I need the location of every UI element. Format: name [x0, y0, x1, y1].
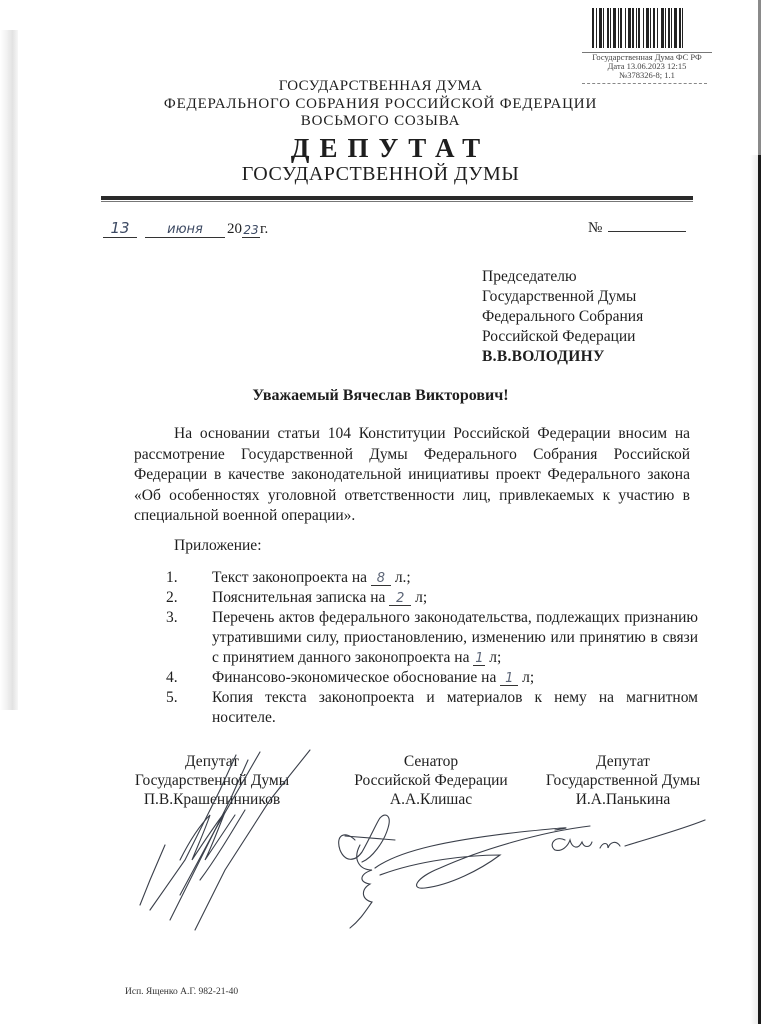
letterhead-line1: ГОСУДАРСТВЕННАЯ ДУМА: [0, 78, 761, 95]
list-item-number: 5.: [166, 688, 212, 728]
signer-name: П.В.Крашенинников: [112, 790, 312, 809]
signer-role: Сенатор: [336, 752, 526, 771]
list-item-text: Перечень актов федерального законодатель…: [212, 609, 698, 666]
date-year-mark: г.: [260, 221, 268, 238]
signer-role: Депутат: [112, 752, 312, 771]
number-label: №: [588, 220, 602, 236]
signer-pankina: Депутат Государственной Думы И.А.Панькин…: [528, 752, 718, 809]
letterhead-subtitle: ГОСУДАРСТВЕННОЙ ДУМЫ: [0, 163, 761, 186]
document-number: №: [588, 219, 686, 237]
list-item-text: Копия текста законопроекта и материалов …: [212, 688, 698, 728]
header-rule-thin: [101, 201, 693, 202]
executor-note: Исп. Ященко А.Г. 982-21-40: [125, 987, 238, 997]
addressee-block: Председателю Государственной Думы Федера…: [482, 267, 643, 367]
list-item-pages: 1: [473, 652, 485, 666]
date-month: июня: [145, 222, 225, 238]
signer-name: И.А.Панькина: [528, 790, 718, 809]
addressee-line2: Государственной Думы: [482, 287, 643, 307]
list-item-pages: 2: [389, 592, 411, 606]
list-item-suffix: л;: [522, 669, 534, 686]
signer-krasheninnikov: Депутат Государственной Думы П.В.Крашени…: [112, 752, 312, 809]
signer-body: Государственной Думы: [112, 771, 312, 790]
list-item-suffix: л.;: [395, 569, 411, 586]
list-item: 3. Перечень актов федерального законодат…: [166, 608, 698, 668]
salutation: Уважаемый Вячеслав Викторович!: [0, 387, 761, 405]
list-item: 1. Текст законопроекта на 8 л.;: [166, 568, 698, 588]
list-item-number: 4.: [166, 668, 212, 688]
list-item: 2. Пояснительная записка на 2 л;: [166, 588, 698, 608]
signature-klishas-icon: [339, 815, 590, 928]
addressee-name: В.В.ВОЛОДИНУ: [482, 347, 643, 367]
signer-klishas: Сенатор Российской Федерации А.А.Клишас: [336, 752, 526, 809]
signer-role: Депутат: [528, 752, 718, 771]
date-year-prefix: 20: [227, 221, 242, 238]
letterhead-line3: ВОСЬМОГО СОЗЫВА: [0, 113, 761, 130]
appendix-list: 1. Текст законопроекта на 8 л.; 2. Поясн…: [166, 568, 698, 728]
document-date: 13 июня 2023г.: [103, 219, 268, 238]
list-item-suffix: л;: [489, 649, 501, 666]
signer-body: Государственной Думы: [528, 771, 718, 790]
letterhead-title: ДЕПУТАТ: [0, 133, 761, 164]
addressee-line4: Российской Федерации: [482, 327, 643, 347]
signer-name: А.А.Клишас: [336, 790, 526, 809]
barcode-icon: [592, 8, 712, 48]
list-item-pages: 1: [500, 672, 518, 686]
addressee-line3: Федерального Собрания: [482, 307, 643, 327]
appendix-label: Приложение:: [174, 537, 262, 555]
list-item: 5. Копия текста законопроекта и материал…: [166, 688, 698, 728]
signature-pankina-icon: [552, 820, 705, 850]
list-item-pages: 8: [371, 572, 391, 586]
list-item-number: 2.: [166, 588, 212, 608]
date-year-suffix: 23: [242, 223, 260, 238]
list-item-text: Текст законопроекта на: [212, 569, 367, 586]
list-item-suffix: л;: [415, 589, 427, 606]
list-item-number: 3.: [166, 608, 212, 668]
list-item: 4. Финансово-экономическое обоснование н…: [166, 668, 698, 688]
list-item-text: Финансово-экономическое обоснование на: [212, 669, 496, 686]
signer-body: Российской Федерации: [336, 771, 526, 790]
header-rule-thick: [101, 196, 693, 200]
addressee-line1: Председателю: [482, 267, 643, 287]
registration-stamp: Государственная Дума ФС РФ Дата 13.06.20…: [582, 8, 712, 84]
list-item-number: 1.: [166, 568, 212, 588]
list-item-text: Пояснительная записка на: [212, 589, 385, 606]
scan-edge-right-shade: [750, 155, 758, 1024]
number-value: [608, 219, 686, 232]
body-paragraph: На основании статьи 104 Конституции Росс…: [134, 424, 690, 527]
scan-edge-left: [0, 30, 18, 710]
date-day: 13: [103, 219, 137, 238]
letterhead-line2: ФЕДЕРАЛЬНОГО СОБРАНИЯ РОССИЙСКОЙ ФЕДЕРАЦ…: [0, 96, 761, 113]
